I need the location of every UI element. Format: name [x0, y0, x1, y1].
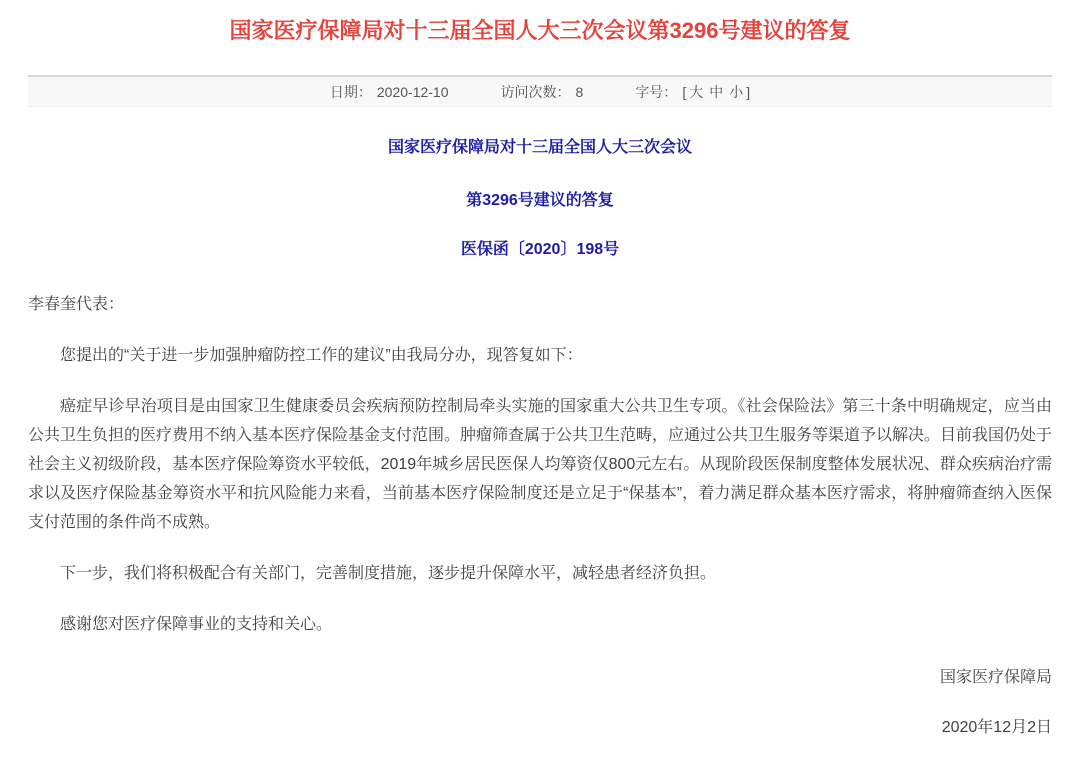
signature-date: 2020年12月2日	[28, 713, 1052, 742]
document-body: 李春奎代表： 您提出的“关于进一步加强肿瘤防控工作的建议”由我局分办，现答复如下…	[28, 290, 1052, 742]
bracket-close: ]	[746, 84, 750, 100]
meta-fontsize-label: 字号：	[635, 84, 677, 100]
salutation: 李春奎代表：	[28, 290, 1052, 319]
document-page: 国家医疗保障局对十三届全国人大三次会议第3296号建议的答复 日期：2020-1…	[0, 16, 1080, 767]
font-size-small-link[interactable]: 小	[729, 84, 743, 100]
font-size-large-link[interactable]: 大	[689, 84, 703, 100]
paragraph-4: 感谢您对医疗保障事业的支持和关心。	[28, 610, 1052, 639]
font-size-switcher: 大中小	[686, 84, 746, 100]
paragraph-3: 下一步，我们将积极配合有关部门，完善制度措施，逐步提升保障水平，减轻患者经济负担…	[28, 559, 1052, 588]
meta-date-value: 2020-12-10	[377, 84, 449, 100]
meta-visits-label: 访问次数：	[501, 84, 571, 100]
document-heading-block: 国家医疗保障局对十三届全国人大三次会议 第3296号建议的答复 医保函〔2020…	[28, 138, 1052, 259]
meta-visits-value: 8	[576, 84, 584, 100]
signature-org: 国家医疗保障局	[28, 663, 1052, 692]
paragraph-1: 您提出的“关于进一步加强肿瘤防控工作的建议”由我局分办，现答复如下：	[28, 341, 1052, 370]
meta-date-label: 日期：	[330, 84, 372, 100]
paragraph-2: 癌症早诊早治项目是由国家卫生健康委员会疾病预防控制局牵头实施的国家重大公共卫生专…	[28, 392, 1052, 537]
page-title: 国家医疗保障局对十三届全国人大三次会议第3296号建议的答复	[28, 16, 1052, 45]
font-size-medium-link[interactable]: 中	[709, 84, 723, 100]
meta-date: 日期：2020-12-10	[330, 82, 449, 102]
meta-visits: 访问次数：8	[501, 82, 584, 102]
doc-heading-line2: 第3296号建议的答复	[28, 191, 1052, 210]
meta-fontsize: 字号：[大中小]	[635, 82, 750, 102]
doc-heading-line1: 国家医疗保障局对十三届全国人大三次会议	[28, 138, 1052, 157]
meta-bar: 日期：2020-12-10 访问次数：8 字号：[大中小]	[28, 75, 1052, 107]
doc-number: 医保函〔2020〕198号	[28, 240, 1052, 259]
